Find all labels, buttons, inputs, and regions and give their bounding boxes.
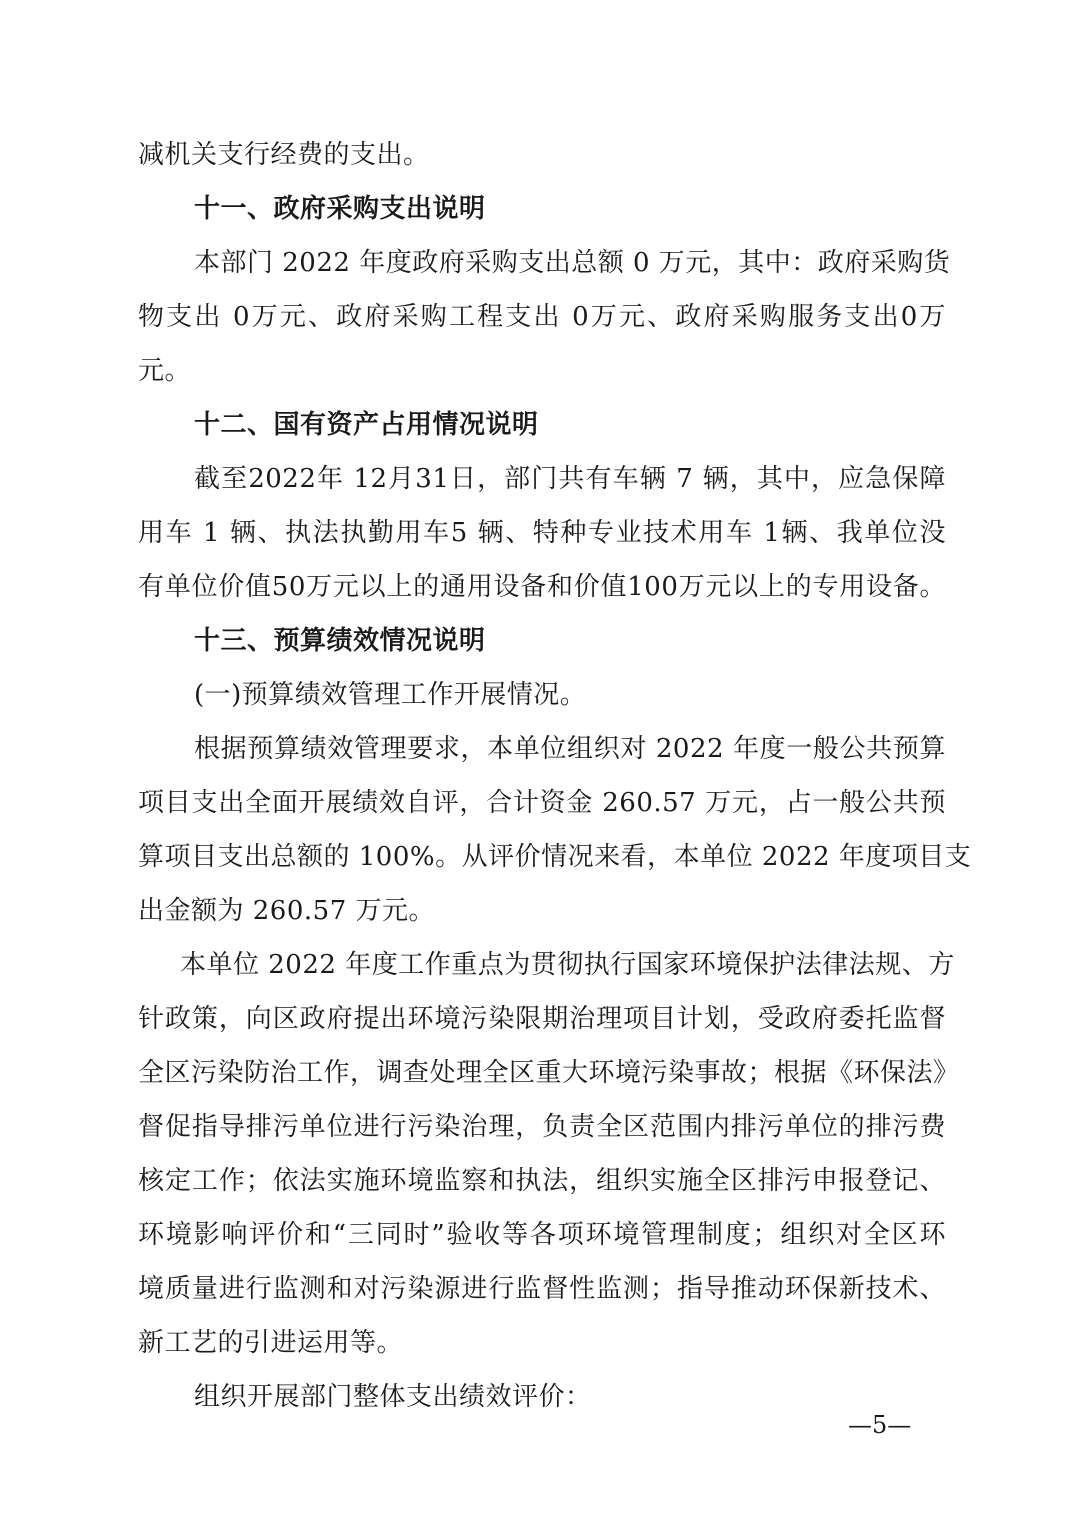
paragraph-line: 出金额为 260.57 万元。	[138, 884, 946, 938]
paragraph-line: 本部门 2022 年度政府采购支出总额 0 万元，其中：政府采购货	[138, 236, 946, 290]
paragraph-line: 新工艺的引进运用等。	[138, 1316, 946, 1370]
document-page: 减机关支行经费的支出。 十一、政府采购支出说明 本部门 2022 年度政府采购支…	[138, 128, 946, 1424]
paragraph-line: 本单位 2022 年度工作重点为贯彻执行国家环境保护法律法规、方	[138, 938, 946, 992]
paragraph-line: 有单位价值50万元以上的通用设备和价值100万元以上的专用设备。	[138, 560, 946, 614]
body-text-line: 减机关支行经费的支出。	[138, 128, 946, 182]
paragraph-line: 根据预算绩效管理要求，本单位组织对 2022 年度一般公共预算	[138, 722, 946, 776]
paragraph-line: 核定工作；依法实施环境监察和执法，组织实施全区排污申报登记、	[138, 1154, 946, 1208]
paragraph-line: 用车 1 辆、执法执勤用车5 辆、特种专业技术用车 1辆、我单位没	[138, 506, 946, 560]
paragraph-line: 境质量进行监测和对污染源进行监督性监测；指导推动环保新技术、	[138, 1262, 946, 1316]
subsection-heading: (一)预算绩效管理工作开展情况。	[138, 668, 946, 722]
paragraph-line: 针政策，向区政府提出环境污染限期治理项目计划，受政府委托监督	[138, 992, 946, 1046]
section-heading-12: 十二、国有资产占用情况说明	[138, 398, 946, 452]
paragraph-line: 元。	[138, 344, 946, 398]
paragraph-line: 算项目支出总额的 100%。从评价情况来看，本单位 2022 年度项目支	[138, 830, 946, 884]
paragraph-line: 物支出 0万元、政府采购工程支出 0万元、政府采购服务支出0万	[138, 290, 946, 344]
paragraph-line: 项目支出全面开展绩效自评，合计资金 260.57 万元，占一般公共预	[138, 776, 946, 830]
paragraph-line: 环境影响评价和“三同时”验收等各项环境管理制度；组织对全区环	[138, 1208, 946, 1262]
paragraph-line: 全区污染防治工作，调查处理全区重大环境污染事故；根据《环保法》	[138, 1046, 946, 1100]
paragraph-line: 截至2022年 12月31日，部门共有车辆 7 辆，其中，应急保障	[138, 452, 946, 506]
page-number: —5—	[848, 1410, 911, 1440]
paragraph-line: 组织开展部门整体支出绩效评价：	[138, 1370, 946, 1424]
paragraph-line: 督促指导排污单位进行污染治理，负责全区范围内排污单位的排污费	[138, 1100, 946, 1154]
section-heading-13: 十三、预算绩效情况说明	[138, 614, 946, 668]
section-heading-11: 十一、政府采购支出说明	[138, 182, 946, 236]
